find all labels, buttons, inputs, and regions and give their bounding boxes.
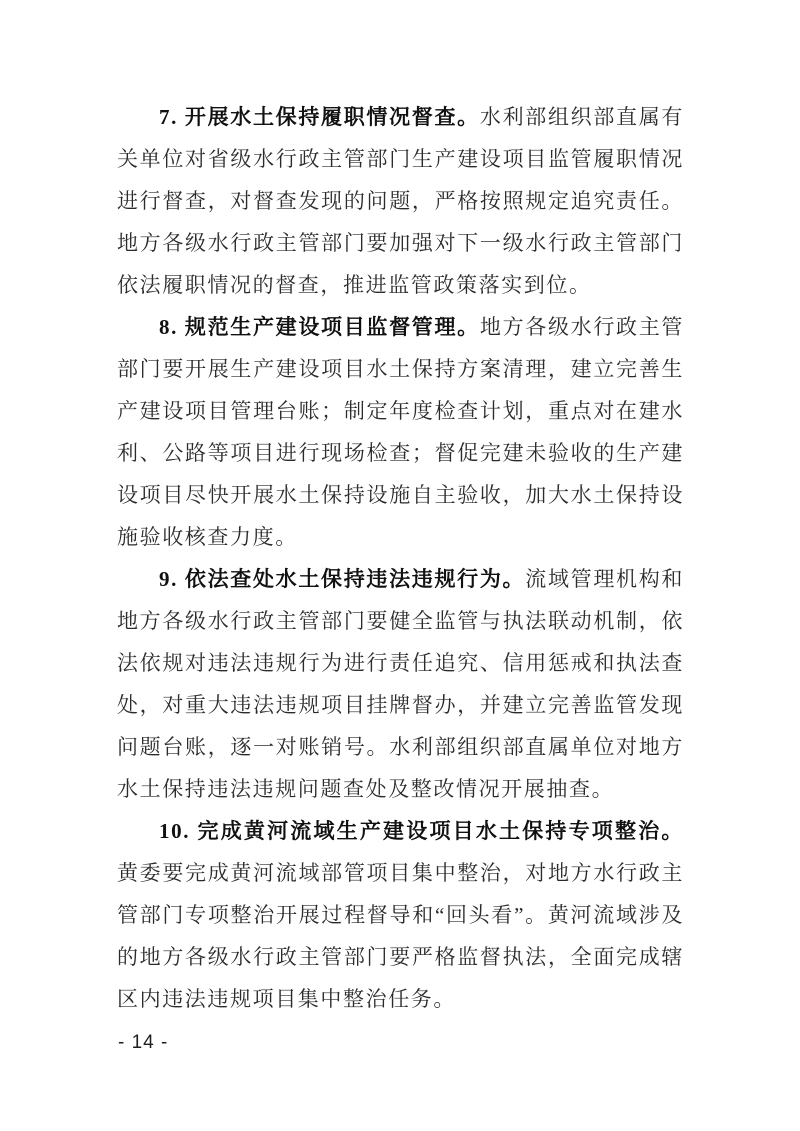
paragraph-9: 9. 依法查处水土保持违法违规行为。流域管理机构和地方各级水行政主管部门要健全监… <box>117 558 684 810</box>
paragraph-7: 7. 开展水土保持履职情况督查。水利部组织部直属有关单位对省级水行政主管部门生产… <box>117 96 684 306</box>
paragraph-10-heading: 10. 完成黄河流域生产建设项目水土保持专项整治。 <box>159 819 684 843</box>
page-number: - 14 - <box>118 1031 168 1055</box>
paragraph-10-body: 黄委要完成黄河流域部管项目集中整治，对地方水行政主管部门专项整治开展过程督导和“… <box>117 861 684 1011</box>
paragraph-9-heading: 9. 依法查处水土保持违法违规行为。 <box>159 567 525 591</box>
paragraph-8-heading: 8. 规范生产建设项目监督管理。 <box>159 315 480 339</box>
document-body: 7. 开展水土保持履职情况督查。水利部组织部直属有关单位对省级水行政主管部门生产… <box>117 96 684 1020</box>
paragraph-8: 8. 规范生产建设项目监督管理。地方各级水行政主管部门要开展生产建设项目水土保持… <box>117 306 684 558</box>
paragraph-7-heading: 7. 开展水土保持履职情况督查。 <box>159 105 480 129</box>
paragraph-7-body: 水利部组织部直属有关单位对省级水行政主管部门生产建设项目监管履职情况进行督查，对… <box>117 105 684 297</box>
paragraph-8-body: 地方各级水行政主管部门要开展生产建设项目水土保持方案清理，建立完善生产建设项目管… <box>117 315 684 549</box>
paragraph-10: 10. 完成黄河流域生产建设项目水土保持专项整治。黄委要完成黄河流域部管项目集中… <box>117 810 684 1020</box>
document-page: 7. 开展水土保持履职情况督查。水利部组织部直属有关单位对省级水行政主管部门生产… <box>0 0 800 1131</box>
paragraph-9-body: 流域管理机构和地方各级水行政主管部门要健全监管与执法联动机制，依法依规对违法违规… <box>117 567 684 801</box>
